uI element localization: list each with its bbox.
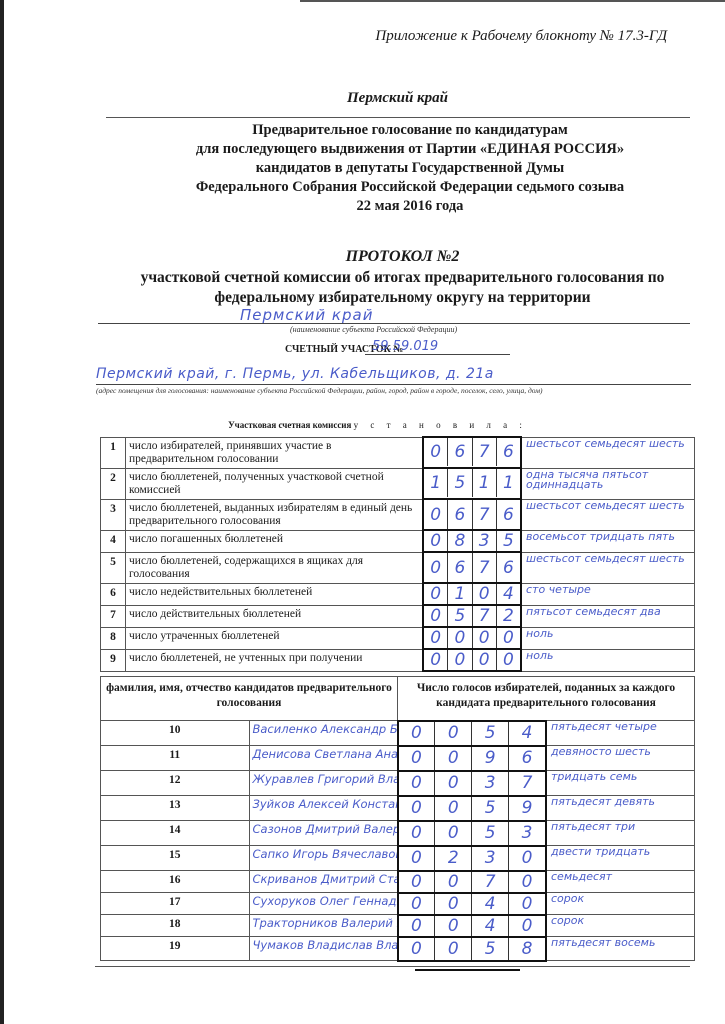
digit-boxes[interactable]: 0676 xyxy=(423,437,521,468)
digit-box[interactable]: 0 xyxy=(399,747,436,770)
digit-box[interactable]: 5 xyxy=(472,938,509,960)
candidate-name[interactable]: Зуйков Алексей Константинович xyxy=(249,796,398,821)
summary-row: 7число действительных бюллетеней0572пять… xyxy=(101,605,695,627)
digit-box[interactable]: 0 xyxy=(435,916,472,936)
row-number: 10 xyxy=(101,721,250,746)
scan-edge-left xyxy=(0,0,4,1024)
digit-box[interactable]: 7 xyxy=(473,606,497,626)
digit-box[interactable]: 0 xyxy=(399,797,436,820)
appendix-note: Приложение к Рабочему блокноту № 17.3-ГД xyxy=(375,28,667,45)
candidate-row: 19Чумаков Владислав Владимирович0058пять… xyxy=(101,937,695,961)
header-line: Федерального Собрания Российской Федерац… xyxy=(90,178,725,197)
precinct-number-field[interactable]: 59.59.019 xyxy=(372,339,438,354)
established-line: Участковая счетная комиссия у с т а н о … xyxy=(0,420,725,430)
digit-boxes[interactable]: 0676 xyxy=(423,552,521,583)
digit-box[interactable]: 1 xyxy=(424,469,448,497)
address-underline xyxy=(96,384,691,385)
digit-box[interactable]: 0 xyxy=(424,553,448,582)
row-number: 4 xyxy=(101,530,126,552)
value-in-words[interactable]: сорок xyxy=(546,915,695,937)
header-line: Предварительное голосование по кандидату… xyxy=(90,121,725,140)
value-in-words[interactable]: двести тридцать xyxy=(546,846,695,871)
candidate-row: 17Сухоруков Олег Геннадьевич0040сорок xyxy=(101,893,695,915)
digit-boxes[interactable]: 0000 xyxy=(423,627,521,649)
row-number: 12 xyxy=(101,771,250,796)
digit-box[interactable]: 0 xyxy=(399,894,436,914)
candidate-row: 10Василенко Александр Борисович0054пятьд… xyxy=(101,721,695,746)
summary-row: 8число утраченных бюллетеней0000ноль xyxy=(101,627,695,649)
established-prefix: Участковая счетная комиссия xyxy=(228,420,351,430)
digit-box[interactable]: 3 xyxy=(473,531,497,551)
digit-box[interactable]: 0 xyxy=(399,872,436,892)
candidate-name[interactable]: Чумаков Владислав Владимирович xyxy=(249,937,398,961)
value-in-words[interactable]: ноль xyxy=(521,649,695,671)
candidate-row: 14Сазонов Дмитрий Валерьевич0053пятьдеся… xyxy=(101,821,695,846)
candidate-name[interactable]: Денисова Светлана Анатольевна xyxy=(249,746,398,771)
digit-box[interactable]: 0 xyxy=(399,772,436,795)
precinct-underline xyxy=(365,354,510,355)
digit-box[interactable]: 3 xyxy=(472,772,509,795)
value-in-words[interactable]: сто четыре xyxy=(521,583,695,605)
row-label: число действительных бюллетеней xyxy=(126,605,424,627)
summary-row: 5число бюллетеней, содержащихся в ящиках… xyxy=(101,552,695,583)
digit-box[interactable]: 6 xyxy=(448,553,472,582)
digit-box[interactable]: 0 xyxy=(509,894,545,914)
row-number: 3 xyxy=(101,499,126,530)
digit-box[interactable]: 0 xyxy=(497,650,520,670)
digit-box[interactable]: 4 xyxy=(509,722,545,745)
candidate-name[interactable]: Сухоруков Олег Геннадьевич xyxy=(249,893,398,915)
row-number: 17 xyxy=(101,893,250,915)
subject-field[interactable]: Пермский край xyxy=(240,306,373,324)
subject-underline xyxy=(98,323,690,324)
digit-box[interactable]: 8 xyxy=(448,531,472,551)
digit-box[interactable]: 0 xyxy=(448,650,472,670)
digit-box[interactable]: 6 xyxy=(497,438,520,466)
value-in-words[interactable]: пятьдесят девять xyxy=(546,796,695,821)
summary-row: 4число погашенных бюллетеней0835восемьсо… xyxy=(101,530,695,552)
digit-box[interactable]: 5 xyxy=(472,822,509,845)
digit-box[interactable]: 6 xyxy=(448,438,472,466)
value-in-words[interactable]: пятьдесят три xyxy=(546,821,695,846)
address-caption: (адрес помещения для голосования: наимен… xyxy=(96,386,543,395)
digit-box[interactable]: 0 xyxy=(435,797,472,820)
divider xyxy=(106,117,690,118)
row-number: 6 xyxy=(101,583,126,605)
digit-box[interactable]: 2 xyxy=(435,847,472,870)
candidate-row: 18Тракторников Валерий Владимирович0040с… xyxy=(101,915,695,937)
digit-box[interactable]: 0 xyxy=(509,916,545,936)
votes-column-header: Число голосов избирателей, поданных за к… xyxy=(398,677,695,721)
digit-box[interactable]: 0 xyxy=(435,747,472,770)
digit-box[interactable]: 1 xyxy=(448,584,472,604)
subtitle-line: участковой счетной комиссии об итогах пр… xyxy=(80,268,725,288)
digit-boxes[interactable]: 0070 xyxy=(398,871,547,893)
digit-box[interactable]: 3 xyxy=(472,847,509,870)
row-number: 8 xyxy=(101,627,126,649)
digit-boxes[interactable]: 0835 xyxy=(423,530,521,552)
digit-box[interactable]: 6 xyxy=(448,500,472,529)
row-number: 18 xyxy=(101,915,250,937)
digit-box[interactable]: 0 xyxy=(424,584,448,604)
candidates-table: фамилия, имя, отчество кандидатов предва… xyxy=(100,676,695,962)
row-label: число избирателей, принявших участие в п… xyxy=(126,437,424,468)
digit-boxes[interactable]: 0096 xyxy=(398,746,547,771)
digit-box[interactable]: 0 xyxy=(399,822,436,845)
candidate-name[interactable]: Сазонов Дмитрий Валерьевич xyxy=(249,821,398,846)
scan-edge-top xyxy=(300,0,725,2)
row-label: число бюллетеней, содержащихся в ящиках … xyxy=(126,552,424,583)
address-field[interactable]: Пермский край, г. Пермь, ул. Кабельщиков… xyxy=(96,366,494,382)
header-line: кандидатов в депутаты Государственной Ду… xyxy=(90,159,725,178)
digit-box[interactable]: 7 xyxy=(509,772,545,795)
value-in-words[interactable]: пятьсот семьдесят два xyxy=(521,605,695,627)
digit-box[interactable]: 7 xyxy=(473,500,497,529)
summary-row: 9число бюллетеней, не учтенных при получ… xyxy=(101,649,695,671)
candidate-row: 16Скриванов Дмитрий Станиславович0070сем… xyxy=(101,871,695,893)
digit-box[interactable]: 1 xyxy=(497,469,520,497)
row-number: 1 xyxy=(101,437,126,468)
digit-box[interactable]: 6 xyxy=(497,500,520,529)
digit-box[interactable]: 7 xyxy=(473,553,497,582)
row-label: число погашенных бюллетеней xyxy=(126,530,424,552)
digit-box[interactable]: 0 xyxy=(435,894,472,914)
digit-box[interactable]: 9 xyxy=(509,797,545,820)
row-number: 14 xyxy=(101,821,250,846)
digit-boxes[interactable]: 1511 xyxy=(423,468,521,499)
digit-boxes[interactable]: 0040 xyxy=(398,893,547,915)
header-date: 22 мая 2016 года xyxy=(90,197,725,216)
digit-box[interactable]: 0 xyxy=(435,938,472,960)
digit-box[interactable]: 0 xyxy=(424,606,448,626)
bottom-divider xyxy=(95,966,690,967)
row-number: 5 xyxy=(101,552,126,583)
digit-box[interactable]: 0 xyxy=(435,772,472,795)
value-in-words[interactable]: восемьсот тридцать пять xyxy=(521,530,695,552)
value-in-words[interactable]: шестьсот семьдесят шесть xyxy=(521,552,695,583)
digit-boxes[interactable]: 0676 xyxy=(423,499,521,530)
digit-boxes[interactable]: 0054 xyxy=(398,721,547,746)
digit-box[interactable]: 0 xyxy=(435,822,472,845)
digit-box[interactable]: 5 xyxy=(472,797,509,820)
row-number: 15 xyxy=(101,846,250,871)
protocol-title: ПРОТОКОЛ №2 xyxy=(80,248,725,266)
digit-box[interactable]: 6 xyxy=(509,747,545,770)
candidate-name[interactable]: Журавлев Григорий Владимирович xyxy=(249,771,398,796)
row-label: число бюллетеней, не учтенных при получе… xyxy=(126,649,424,671)
candidate-row: 15Сапко Игорь Вячеславович0230двести три… xyxy=(101,846,695,871)
candidate-row: 11Денисова Светлана Анатольевна0096девян… xyxy=(101,746,695,771)
digit-box[interactable]: 3 xyxy=(509,822,545,845)
value-in-words[interactable]: девяносто шесть xyxy=(546,746,695,771)
digit-box[interactable]: 0 xyxy=(399,916,436,936)
row-number: 13 xyxy=(101,796,250,821)
row-number: 19 xyxy=(101,937,250,961)
row-label: число бюллетеней, полученных участковой … xyxy=(126,468,424,499)
digit-box[interactable]: 4 xyxy=(472,916,509,936)
header-line: для последующего выдвижения от Партии «Е… xyxy=(90,140,725,159)
candidates-header-row: фамилия, имя, отчество кандидатов предва… xyxy=(101,677,695,721)
established-word: у с т а н о в и л а : xyxy=(354,420,527,430)
candidate-name[interactable]: Тракторников Валерий Владимирович xyxy=(249,915,398,937)
bottom-bar xyxy=(415,969,520,971)
digit-box[interactable]: 2 xyxy=(497,606,520,626)
digit-box[interactable]: 0 xyxy=(424,500,448,529)
digit-box[interactable]: 6 xyxy=(497,553,520,582)
digit-box[interactable]: 0 xyxy=(399,722,436,745)
value-in-words[interactable]: пятьдесят четыре xyxy=(546,721,695,746)
digit-boxes[interactable]: 0000 xyxy=(423,649,521,671)
digit-boxes[interactable]: 0037 xyxy=(398,771,547,796)
digit-box[interactable]: 0 xyxy=(509,872,545,892)
summary-row: 3число бюллетеней, выданных избирателям … xyxy=(101,499,695,530)
digit-box[interactable]: 5 xyxy=(497,531,520,551)
row-number: 16 xyxy=(101,871,250,893)
digit-box[interactable]: 0 xyxy=(473,650,497,670)
value-in-words[interactable]: одна тысяча пятьсот одиннадцать xyxy=(521,468,695,499)
value-in-words[interactable]: шестьсот семьдесят шесть xyxy=(521,437,695,468)
row-number: 11 xyxy=(101,746,250,771)
value-in-words[interactable]: шестьсот семьдесят шесть xyxy=(521,499,695,530)
summary-row: 1число избирателей, принявших участие в … xyxy=(101,437,695,468)
digit-boxes[interactable]: 0040 xyxy=(398,915,547,937)
digit-box[interactable]: 7 xyxy=(472,872,509,892)
digit-boxes[interactable]: 0053 xyxy=(398,821,547,846)
digit-boxes[interactable]: 0230 xyxy=(398,846,547,871)
candidate-row: 13Зуйков Алексей Константинович0059пятьд… xyxy=(101,796,695,821)
digit-boxes[interactable]: 0059 xyxy=(398,796,547,821)
digit-box[interactable]: 8 xyxy=(509,938,545,960)
digit-box[interactable]: 0 xyxy=(399,938,436,960)
candidate-row: 12Журавлев Григорий Владимирович0037трид… xyxy=(101,771,695,796)
digit-box[interactable]: 0 xyxy=(473,584,497,604)
candidate-name[interactable]: Сапко Игорь Вячеславович xyxy=(249,846,398,871)
digit-box[interactable]: 0 xyxy=(435,722,472,745)
name-column-header: фамилия, имя, отчество кандидатов предва… xyxy=(101,677,398,721)
digit-box[interactable]: 5 xyxy=(448,606,472,626)
digit-box[interactable]: 0 xyxy=(448,628,472,648)
digit-box[interactable]: 0 xyxy=(424,438,448,466)
candidate-name[interactable]: Скриванов Дмитрий Станиславович xyxy=(249,871,398,893)
summary-row: 6число недействительных бюллетеней0104ст… xyxy=(101,583,695,605)
digit-box[interactable]: 0 xyxy=(473,628,497,648)
subtitle-line: федеральному избирательному округу на те… xyxy=(80,288,725,308)
region-title: Пермский край xyxy=(0,90,725,107)
value-in-words[interactable]: ноль xyxy=(521,627,695,649)
subject-caption: (наименование субъекта Российской Федера… xyxy=(290,325,457,334)
row-number: 9 xyxy=(101,649,126,671)
row-label: число бюллетеней, выданных избирателям в… xyxy=(126,499,424,530)
digit-box[interactable]: 9 xyxy=(472,747,509,770)
row-label: число утраченных бюллетеней xyxy=(126,627,424,649)
digit-box[interactable]: 0 xyxy=(435,872,472,892)
digit-box[interactable]: 0 xyxy=(399,847,436,870)
row-label: число недействительных бюллетеней xyxy=(126,583,424,605)
summary-table: 1число избирателей, принявших участие в … xyxy=(100,436,695,672)
digit-box[interactable]: 5 xyxy=(472,722,509,745)
digit-box[interactable]: 1 xyxy=(473,469,497,497)
digit-boxes[interactable]: 0572 xyxy=(423,605,521,627)
value-in-words[interactable]: тридцать семь xyxy=(546,771,695,796)
digit-box[interactable]: 0 xyxy=(424,650,448,670)
digit-boxes[interactable]: 0104 xyxy=(423,583,521,605)
value-in-words[interactable]: пятьдесят восемь xyxy=(546,937,695,961)
digit-box[interactable]: 4 xyxy=(472,894,509,914)
digit-box[interactable]: 0 xyxy=(424,628,448,648)
digit-box[interactable]: 5 xyxy=(448,469,472,497)
candidate-name[interactable]: Василенко Александр Борисович xyxy=(249,721,398,746)
digit-box[interactable]: 0 xyxy=(509,847,545,870)
digit-box[interactable]: 0 xyxy=(497,628,520,648)
row-number: 7 xyxy=(101,605,126,627)
election-header: Предварительное голосование по кандидату… xyxy=(90,121,725,216)
row-number: 2 xyxy=(101,468,126,499)
digit-box[interactable]: 7 xyxy=(473,438,497,466)
value-in-words[interactable]: семьдесят xyxy=(546,871,695,893)
value-in-words[interactable]: сорок xyxy=(546,893,695,915)
digit-boxes[interactable]: 0058 xyxy=(398,937,547,961)
digit-box[interactable]: 4 xyxy=(497,584,520,604)
summary-row: 2число бюллетеней, полученных участковой… xyxy=(101,468,695,499)
protocol-subtitle: участковой счетной комиссии об итогах пр… xyxy=(80,268,725,308)
digit-box[interactable]: 0 xyxy=(424,531,448,551)
